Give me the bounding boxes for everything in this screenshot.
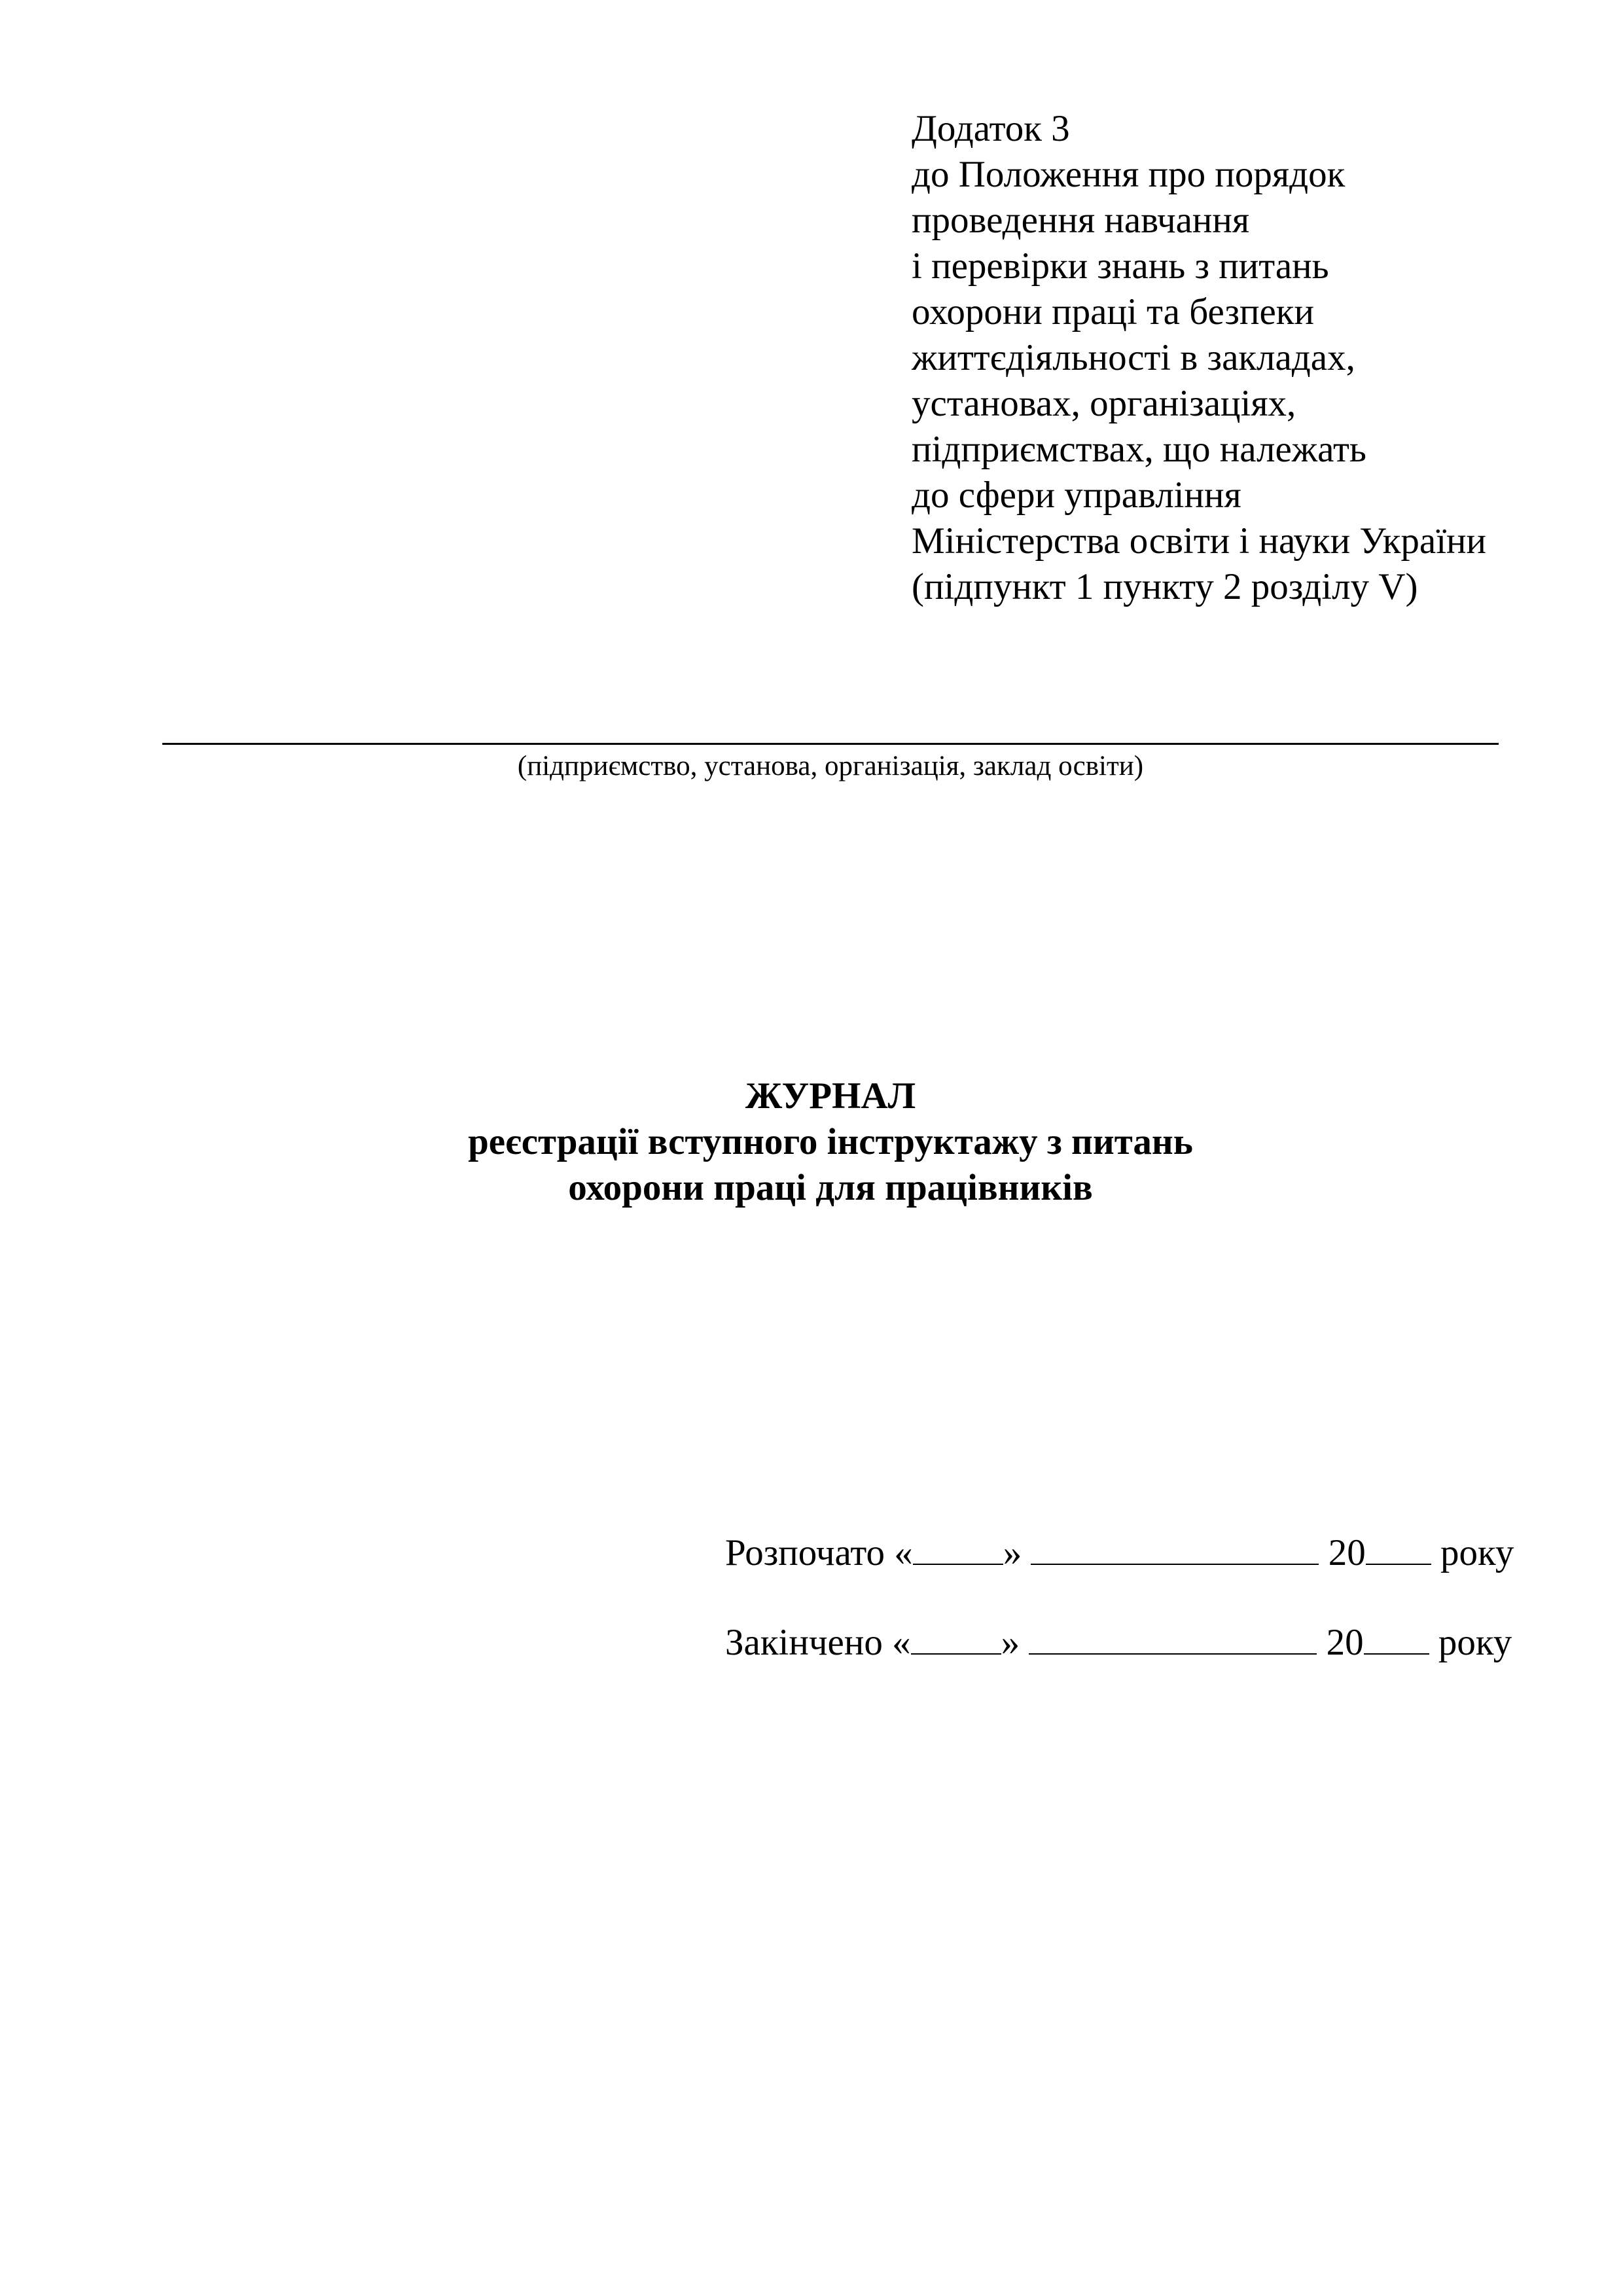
finished-month-blank[interactable] (1029, 1622, 1317, 1655)
year-prefix: 20 (1327, 1622, 1364, 1663)
appendix-line: підприємствах, що належать (912, 427, 1486, 473)
started-year-blank[interactable] (1366, 1532, 1431, 1565)
started-month-blank[interactable] (1031, 1532, 1319, 1565)
title-heading: ЖУРНАЛ (162, 1073, 1499, 1119)
document-title: ЖУРНАЛ реєстрації вступного інструктажу … (162, 1073, 1499, 1211)
open-quote: « (894, 1532, 913, 1573)
appendix-line: до сфери управління (912, 473, 1486, 518)
appendix-line: до Положення про порядок (912, 152, 1486, 198)
finished-day-blank[interactable] (911, 1622, 1001, 1655)
close-quote: » (1001, 1622, 1020, 1663)
appendix-line: життєдіяльності в закладах, (912, 335, 1486, 381)
appendix-line: установах, організаціях, (912, 381, 1486, 427)
appendix-line: (підпункт 1 пункту 2 розділу V) (912, 564, 1486, 610)
started-date-row: Розпочато «» 20 року (725, 1530, 1514, 1576)
close-quote: » (1003, 1532, 1022, 1573)
title-line: охорони праці для працівників (162, 1165, 1499, 1211)
started-label: Розпочато (725, 1532, 885, 1573)
organization-fill-line[interactable] (162, 743, 1499, 745)
year-suffix: року (1440, 1532, 1514, 1573)
appendix-line: і перевірки знань з питань (912, 243, 1486, 289)
appendix-line: Додаток 3 (912, 106, 1486, 152)
started-day-blank[interactable] (913, 1532, 1003, 1565)
finished-date-row: Закінчено «» 20 року (725, 1620, 1512, 1666)
year-prefix: 20 (1329, 1532, 1366, 1573)
year-suffix: року (1438, 1622, 1512, 1663)
appendix-line: охорони праці та безпеки (912, 289, 1486, 335)
organization-caption: (підприємство, установа, організація, за… (162, 748, 1499, 785)
appendix-line: проведення навчання (912, 198, 1486, 243)
appendix-line: Міністерства освіти і науки України (912, 518, 1486, 564)
title-line: реєстрації вступного інструктажу з питан… (162, 1119, 1499, 1165)
finished-label: Закінчено (725, 1622, 883, 1663)
finished-year-blank[interactable] (1364, 1622, 1429, 1655)
appendix-note: Додаток 3 до Положення про порядок прове… (912, 106, 1486, 610)
open-quote: « (892, 1622, 911, 1663)
